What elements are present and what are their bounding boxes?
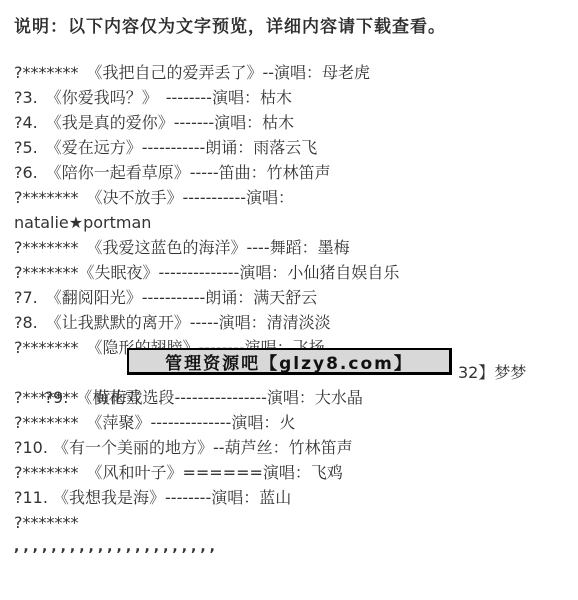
preview-notice: 说明：以下内容仅为文字预览，详细内容请下载查看。 [14,12,446,37]
list-line: ?4. 《我是真的爱你》-------演唱：枯木 [14,110,574,135]
list-line: ?8. 《让我默默的离开》-----演唱：清清淡淡 [14,310,574,335]
list-line: ?*******《失眠夜》--------------演唱：小仙猪自娱自乐 [14,260,574,285]
list-line: ?6. 《陪你一起看草原》-----笛曲：竹林笛声 [14,160,574,185]
list-line: ?******* 《我爱这蓝色的海洋》----舞蹈：墨梅 [14,235,574,260]
watermark-badge: 管理资源吧【glzy8.com】 [127,348,452,375]
list-line: ?11. 《我想我是海》--------演唱：蓝山 [14,485,574,510]
list-line: ?******* 《风和叶子》======演唱：飞鸡 [14,460,574,485]
list-line: ?******* 《萍聚》--------------演唱：火 [14,410,574,435]
list-line: ?5. 《爱在远方》-----------朗诵：雨落云飞 [14,135,574,160]
line13-left-fragment: ?9. 《梅花雪 [45,388,141,407]
line13-right-fragment: 32】梦梦 [458,360,526,385]
list-line: ?******* 《我把自己的爱弄丢了》--演唱：母老虎 [14,60,574,85]
ellipsis-line: ,,,,,,,,,,,,,,,,,,,,,, [14,535,574,560]
list-line: ?******* [14,510,574,535]
preview-page: 说明：以下内容仅为文字预览，详细内容请下载查看。 ?******* 《我把自己的… [0,0,578,600]
song-list: ?******* 《我把自己的爱弄丢了》--演唱：母老虎 ?3. 《你爱我吗？》… [14,60,574,560]
list-line: ?******* 《决不放手》-----------演唱： [14,185,574,210]
list-line: ?7. 《翻阅阳光》-----------朗诵：满天舒云 [14,285,574,310]
list-line: ?10. 《有一个美丽的地方》--葫芦丝：竹林笛声 [14,435,574,460]
list-line-performer: natalie★portman [14,210,574,235]
list-line: ?3. 《你爱我吗？》 --------演唱：枯木 [14,85,574,110]
